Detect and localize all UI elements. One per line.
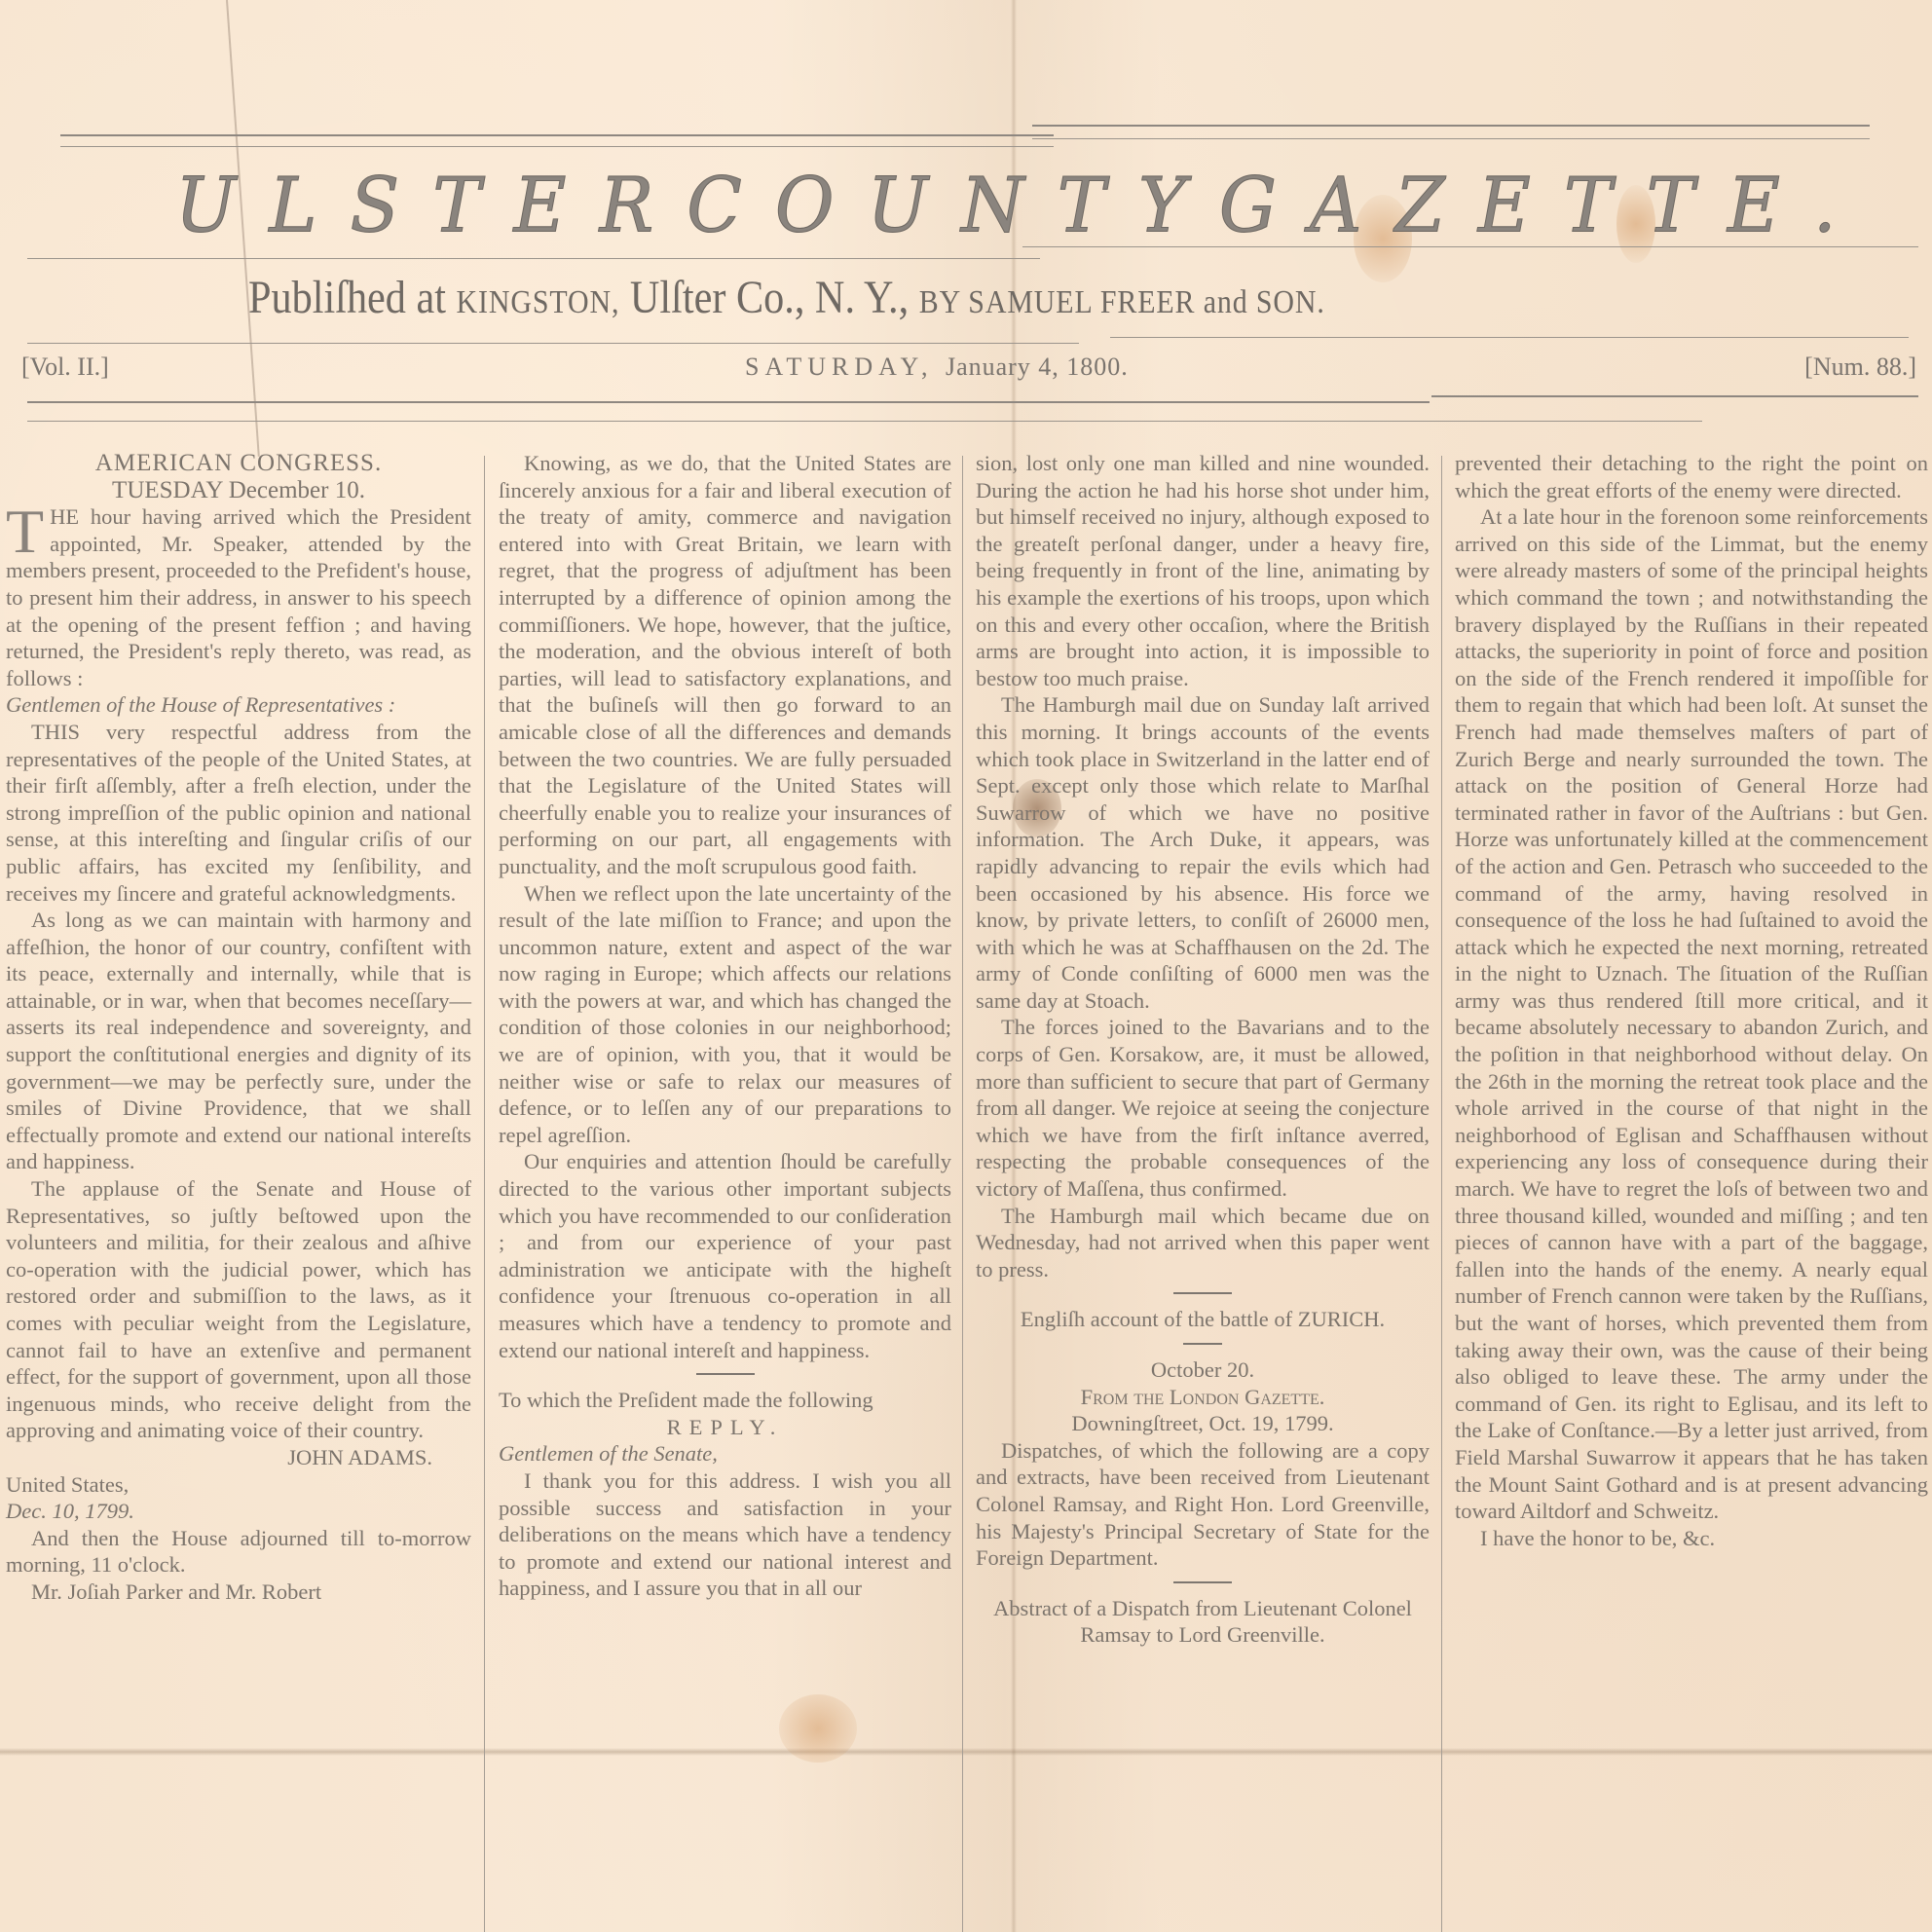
article-place: Downingſtreet, Oct. 19, 1799. xyxy=(976,1410,1430,1437)
dateline-rule-bottom xyxy=(27,421,1702,422)
article-heading: Engliſh account of the battle of ZURICH. xyxy=(976,1306,1430,1333)
title-word-gazette: GAZETTE. xyxy=(1219,162,1870,249)
paragraph: Knowing, as we do, that the United State… xyxy=(499,450,951,880)
paragraph: prevented their detaching to the right t… xyxy=(1455,450,1928,503)
header-rule xyxy=(60,146,1054,147)
paragraph: THIS very respectful address from the re… xyxy=(6,719,471,907)
paragraph: And then the House adjourned till to-mor… xyxy=(6,1525,471,1579)
article-source: From the London Gazette. xyxy=(976,1384,1430,1411)
publisher-pre: Publiſhed at xyxy=(248,272,457,323)
paragraph-text: HE hour having arrived which the Preside… xyxy=(6,504,471,690)
column-3: sion, lost only one man killed and nine … xyxy=(976,450,1430,1649)
article-heading: AMERICAN CONGRESS. xyxy=(6,450,471,477)
column-separator xyxy=(1441,456,1442,1932)
publisher-line: Publiſhed at KINGSTON, Ulſter Co., N. Y.… xyxy=(248,271,1325,324)
volume-label: [Vol. II.] xyxy=(21,353,109,382)
issue-date: SATURDAY, January 4, 1800. xyxy=(745,353,1129,382)
reply-heading: REPLY. xyxy=(499,1414,951,1441)
dateline-rule-bottom xyxy=(27,401,1430,403)
dateline-rule-top xyxy=(1110,337,1909,338)
column-separator xyxy=(962,456,963,1932)
article-subheading: TUESDAY December 10. xyxy=(6,477,471,504)
section-dash xyxy=(1183,1343,1222,1345)
paragraph: sion, lost only one man killed and nine … xyxy=(976,450,1430,691)
issue-date-text: January 4, 1800. xyxy=(946,353,1129,381)
paragraph: Our enquiries and attention ſhould be ca… xyxy=(499,1148,951,1363)
paragraph: The Hamburgh mail due on Sunday laſt arr… xyxy=(976,691,1430,1014)
paragraph: The applause of the Senate and House of … xyxy=(6,1175,471,1444)
place: United States, xyxy=(6,1471,471,1499)
paragraph: The Hamburgh mail which became due on We… xyxy=(976,1203,1430,1283)
drop-cap: T xyxy=(6,507,44,556)
place-date: Dec. 10, 1799. xyxy=(6,1498,471,1525)
section-dash xyxy=(1173,1581,1232,1583)
paragraph: Mr. Joſiah Parker and Mr. Robert xyxy=(6,1579,471,1606)
abstract-heading: Abstract of a Dispatch from Lieutenant C… xyxy=(976,1595,1430,1649)
salutation: Gentlemen of the House of Representative… xyxy=(6,691,471,719)
paragraph: As long as we can maintain with harmony … xyxy=(6,907,471,1175)
paragraph: THE hour having arrived which the Presid… xyxy=(6,503,471,691)
horizontal-fold xyxy=(0,1748,1932,1756)
article-date: October 20. xyxy=(976,1356,1430,1384)
paragraph: To which the Preſident made the followin… xyxy=(499,1387,951,1414)
stain xyxy=(779,1694,857,1763)
header-rule xyxy=(1032,138,1870,139)
publisher-mid: Ulſter Co., N. Y., xyxy=(619,272,918,323)
paragraph: I thank you for this address. I wish you… xyxy=(499,1468,951,1602)
newspaper-title: ULSTER COUNTY GAZETTE. xyxy=(175,162,1772,249)
dateline: [Vol. II.] SATURDAY, January 4, 1800. [N… xyxy=(0,353,1932,391)
column-2: Knowing, as we do, that the United State… xyxy=(499,450,951,1602)
header-rule xyxy=(60,134,1054,136)
paragraph: Dispatches, of which the following are a… xyxy=(976,1437,1430,1572)
salutation: Gentlemen of the Senate, xyxy=(499,1440,951,1468)
column-1: AMERICAN CONGRESS. TUESDAY December 10. … xyxy=(6,450,471,1606)
publisher-city: KINGSTON, xyxy=(457,284,620,320)
title-rule xyxy=(27,258,1040,259)
paragraph: I have the honor to be, &c. xyxy=(1455,1525,1928,1552)
issue-number: [Num. 88.] xyxy=(1804,353,1916,382)
signature: JOHN ADAMS. xyxy=(6,1444,471,1471)
column-separator xyxy=(484,456,485,1932)
publisher-by: BY SAMUEL FREER and SON. xyxy=(919,284,1325,320)
section-dash xyxy=(696,1373,755,1375)
header-rule xyxy=(1032,125,1870,127)
section-dash xyxy=(1173,1292,1232,1294)
title-word-ulster: ULSTER xyxy=(175,162,687,249)
dateline-rule-top xyxy=(27,343,1079,344)
paragraph: When we reflect upon the late uncertaint… xyxy=(499,880,951,1149)
column-4: prevented their detaching to the right t… xyxy=(1455,450,1928,1551)
paragraph: The forces joined to the Bavarians and t… xyxy=(976,1014,1430,1202)
paragraph: At a late hour in the forenoon some rein… xyxy=(1455,503,1928,1525)
title-word-county: COUNTY xyxy=(687,162,1219,249)
dateline-rule-bottom xyxy=(1431,395,1918,397)
issue-day: SATURDAY, xyxy=(745,353,933,381)
